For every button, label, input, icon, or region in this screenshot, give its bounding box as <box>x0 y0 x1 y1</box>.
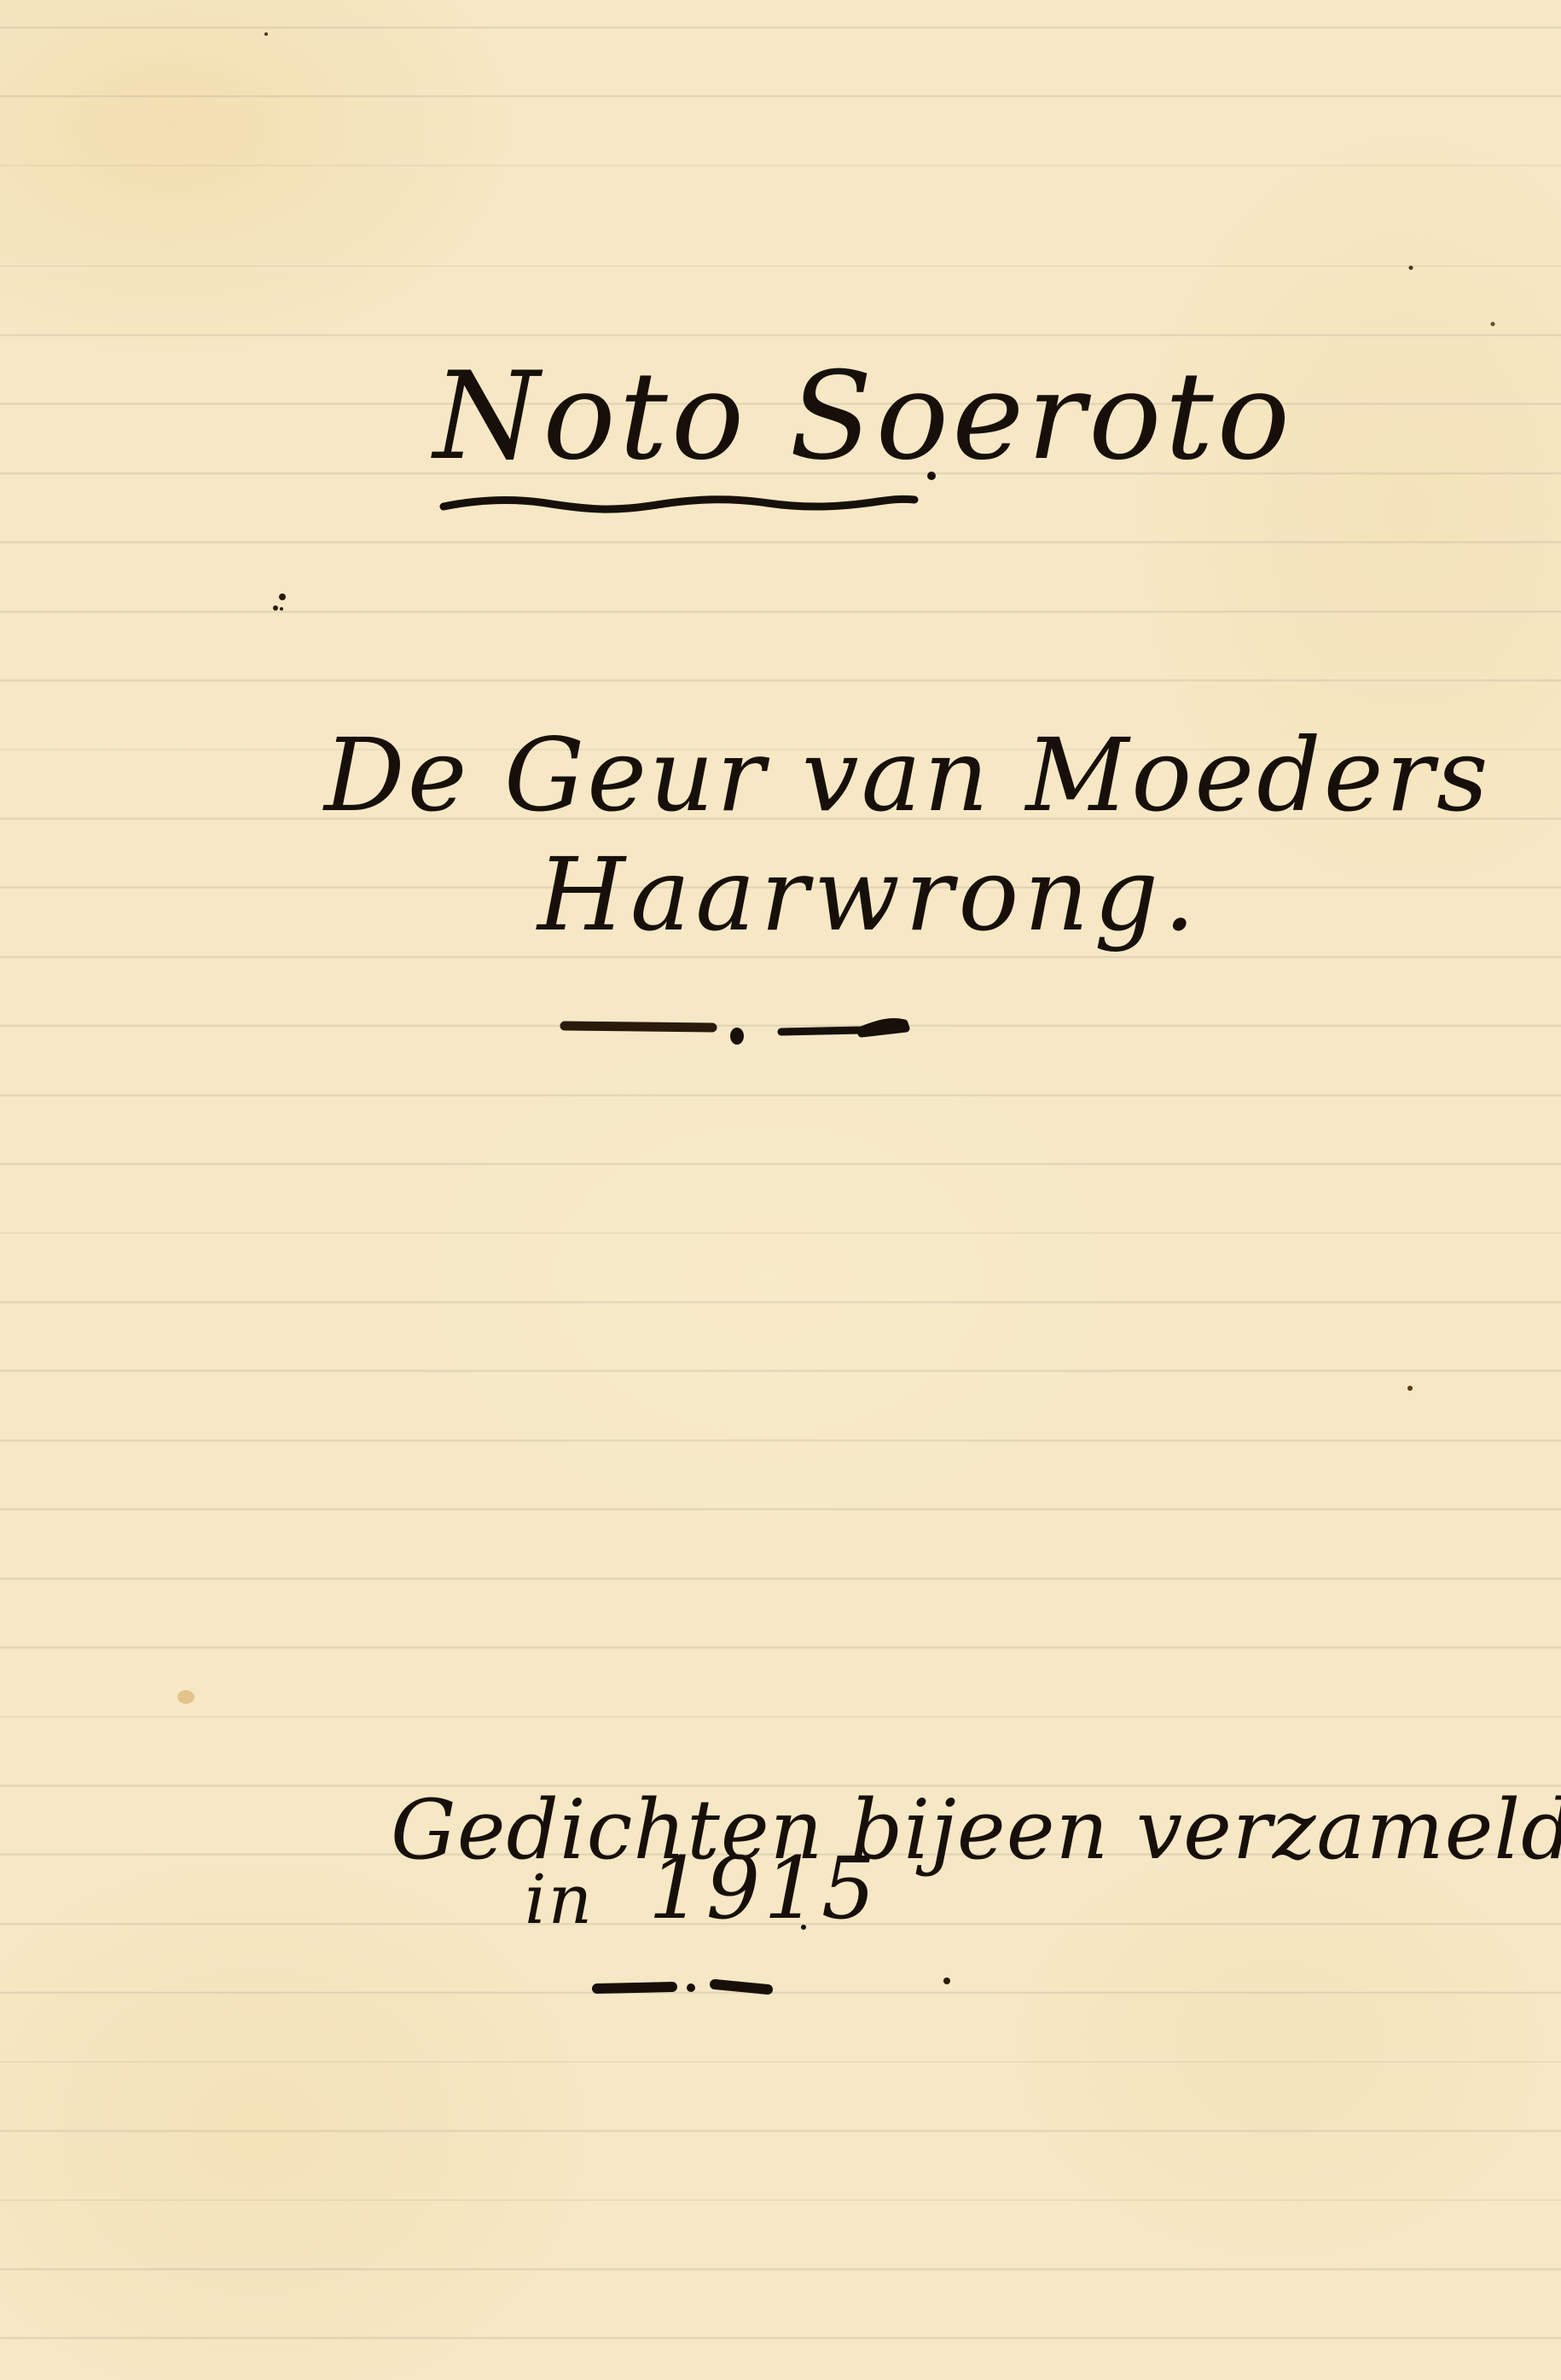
subtitle-line-1: Gedichten bijeen verzameld <box>391 1789 1561 1871</box>
author-underline <box>444 499 914 509</box>
subtitle-year: 1915 <box>648 1846 879 1931</box>
subtitle-line-2-prefix: in <box>525 1866 594 1934</box>
author-name-text: Noto Soeroto <box>433 346 1293 487</box>
title-line-2: Haarwrong. <box>537 844 1201 945</box>
title-divider <box>565 1022 906 1045</box>
title-line-1: De Geur van Moeders <box>324 725 1491 825</box>
manuscript-page: Noto Soeroto De Geur van Moeders Haarwro… <box>0 0 1561 2380</box>
subtitle-divider <box>597 1983 768 1992</box>
author-name: Noto Soeroto <box>433 356 1293 478</box>
ink-specks <box>177 32 1495 1984</box>
